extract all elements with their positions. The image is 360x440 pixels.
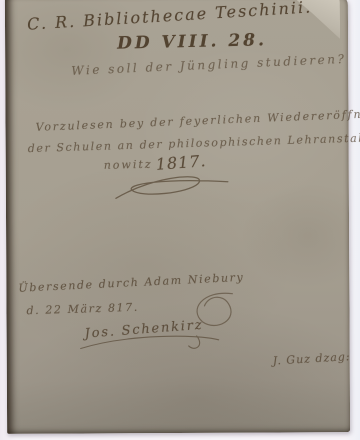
library-stamp-line: C. R. Bibliothecae Teschinii.	[27, 0, 313, 34]
title-question-line: Wie soll der Jüngling studieren?	[71, 52, 347, 78]
owner-mark-line: J. Guz dzag:	[272, 350, 350, 367]
subtitle-line-3: nowitz	[104, 158, 153, 172]
shelfmark-line: DD VIII. 28.	[117, 30, 267, 53]
note-line-2: d. 22 März 817.	[26, 301, 139, 318]
subtitle-line-1: Vorzulesen bey der feyerlichen Wiedererö…	[35, 107, 360, 134]
year-line: 1817.	[155, 151, 207, 174]
ink-flourish-icon	[102, 172, 242, 207]
signature-flourish-icon	[77, 332, 227, 357]
scanner-background: C. R. Bibliothecae Teschinii. DD VIII. 2…	[0, 0, 360, 440]
manuscript-page: C. R. Bibliothecae Teschinii. DD VIII. 2…	[5, 0, 350, 434]
